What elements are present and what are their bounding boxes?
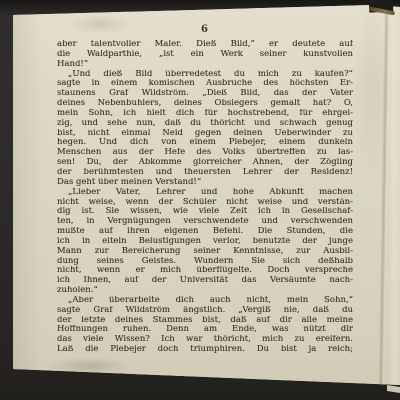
text-line: staunens Graf Wildström. „Dieß Bild, das… bbox=[57, 89, 353, 99]
text-line: dig ist. Sie wissen, wie viele Zeit ich … bbox=[57, 207, 353, 217]
text-line: „Lieber Vater, Lehrer und hohe Abkunft m… bbox=[57, 188, 353, 198]
text-line: „Aber überarbeite dich auch nicht, mein … bbox=[57, 296, 353, 306]
text-line: ich in eiteln Belustigungen verlor, benu… bbox=[57, 237, 353, 247]
text-line: sagte Graf Wildström ängstlich. „Vergiß … bbox=[57, 306, 353, 316]
text-line: sen! Du, der Abkomme glorreicher Ahnen, … bbox=[57, 158, 353, 168]
text-line: nicht, wenn er mich überflügelte. Doch v… bbox=[57, 266, 353, 276]
text-line: zuholen.“ bbox=[57, 286, 353, 296]
text-column: aber talentvoller Maler. Dieß Bild,“ er … bbox=[57, 40, 353, 355]
text-line: „Und dieß Bild überredetest du mich zu k… bbox=[57, 70, 353, 80]
text-line: das viele Wissen? Ich war thöricht, mich… bbox=[57, 335, 353, 345]
page-fold-line bbox=[378, 0, 391, 400]
text-line: nicht weise, wenn der Schüler nicht weis… bbox=[57, 198, 353, 208]
text-line: dung seines Geistes. Wundern Sie sich de… bbox=[57, 257, 353, 267]
text-line: mein Sohn, ich hielt dich für hochstrebe… bbox=[57, 109, 353, 119]
text-line: ich Ihnen, auf der Universität das Versä… bbox=[57, 276, 353, 286]
text-line: der berühmtesten und theuersten Lehrer d… bbox=[57, 168, 353, 178]
text-line: der letzte deines Stammes bist, daß auf … bbox=[57, 316, 353, 326]
text-line: hegen. Und dich von einem Plebejer, eine… bbox=[57, 138, 353, 148]
text-line: ten, in Vergnügungen verschwendete und v… bbox=[57, 217, 353, 227]
text-line: Das geht über meinen Verstand!“ bbox=[57, 178, 353, 188]
text-line: zig, und sehe nun, daß du thöricht und s… bbox=[57, 119, 353, 129]
text-line: Mann zur Bereicherung seiner Kenntnisse,… bbox=[57, 247, 353, 257]
text-line: sagte in einem komischen Ausbruche des h… bbox=[57, 79, 353, 89]
text-line: die Waldparthie, „ist ein Werk seiner ku… bbox=[57, 50, 353, 60]
text-line: Hand!“ bbox=[57, 60, 353, 70]
page-number: 6 bbox=[57, 24, 353, 35]
text-line: aber talentvoller Maler. Dieß Bild,“ er … bbox=[57, 40, 353, 50]
text-line: mußte auf ihren eigenen Befehl. Die Stun… bbox=[57, 227, 353, 237]
text-line: Laß die Plebejer doch triumphiren. Du bi… bbox=[57, 345, 353, 355]
next-page-edge bbox=[387, 384, 400, 393]
book-scan: 6 aber talentvoller Maler. Dieß Bild,“ e… bbox=[0, 0, 400, 400]
text-line: Hoffnungen ruhen. Denn am Ende, was nütz… bbox=[57, 325, 353, 335]
text-line: Menschen aus der Hefe des Volks übertref… bbox=[57, 148, 353, 158]
text-line: deines Nebenbuhlers, deines Obsiegers ge… bbox=[57, 99, 353, 109]
text-line: bist, nicht einmal Neid gegen deinen Ueb… bbox=[57, 129, 353, 139]
